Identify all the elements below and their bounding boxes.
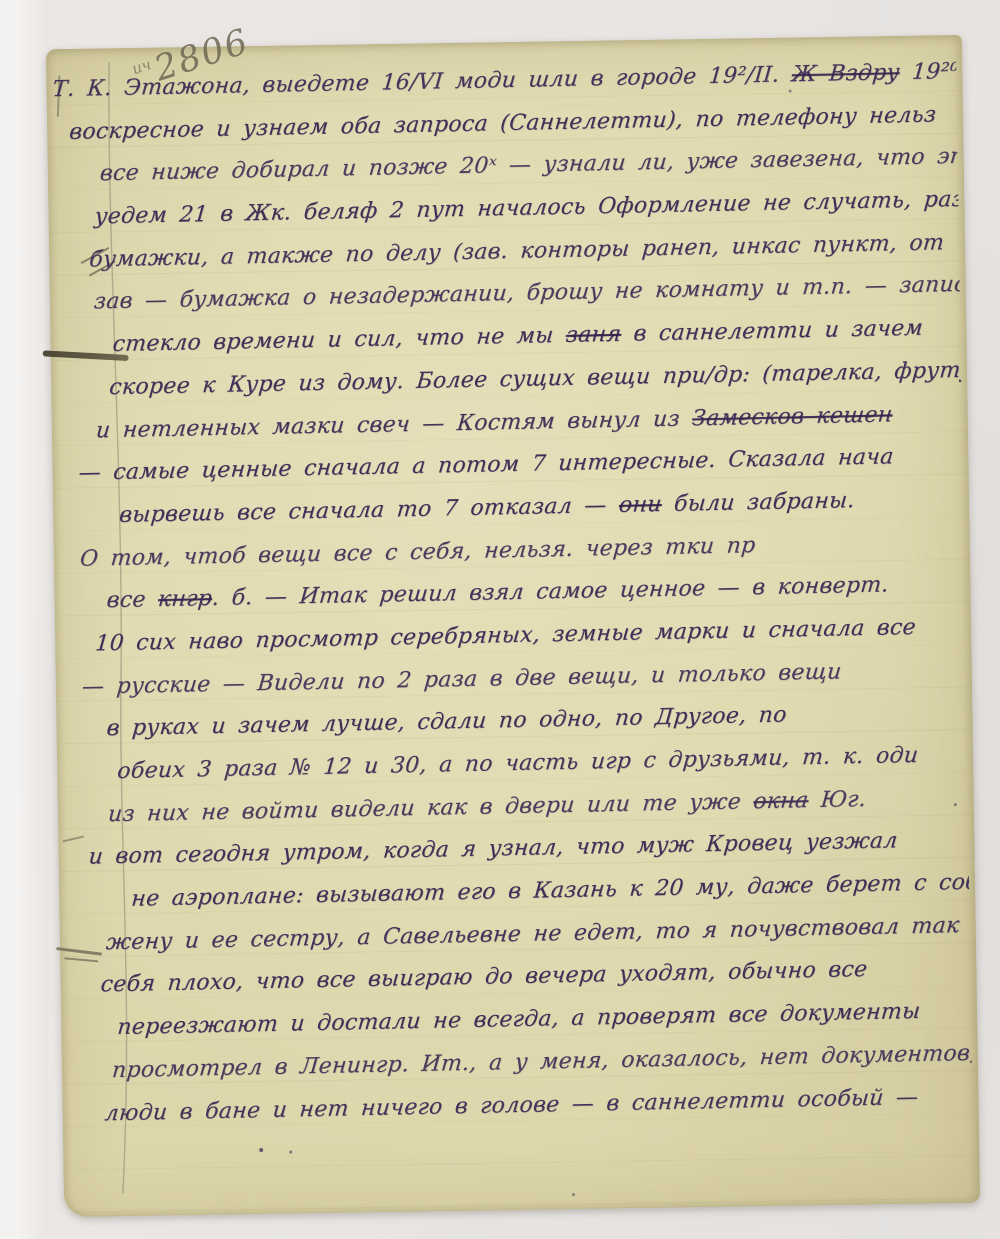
text-segment: в руках и зачем лучше, сдали по одно, по… bbox=[106, 703, 788, 742]
text-segment: все ниже добирал и позже 20ˣ — узнали ли… bbox=[99, 144, 974, 187]
struck-text: они bbox=[618, 492, 663, 518]
text-segment: Юг. bbox=[807, 787, 867, 813]
text-segment: 19²⁰ — Вло bbox=[899, 57, 975, 85]
text-segment: и вот сегодня утром, когда я узнал, что … bbox=[88, 829, 899, 870]
text-segment: — самые ценные сначала а потом 7 интерес… bbox=[78, 445, 895, 486]
struck-text: кнгр bbox=[157, 586, 213, 612]
text-segment: . б. — Итак решил взял самое ценное — в … bbox=[211, 573, 890, 612]
text-segment: обеих 3 раза № 12 и 30, а по часть игр с… bbox=[116, 743, 919, 784]
text-segment: не аэроплане: вызывают его в Казань к 20… bbox=[130, 869, 974, 912]
text-segment: переезжают и достали не всегда, а провер… bbox=[116, 999, 921, 1040]
text-segment: в саннелетти и зачем bbox=[620, 316, 924, 347]
text-segment: 10 сих наво просмотр серебряных, земные … bbox=[94, 615, 917, 657]
text-segment: — русские — Видели по 2 раза в две вещи,… bbox=[81, 659, 843, 699]
text-segment: из них не войти видели как в двери или т… bbox=[107, 789, 754, 827]
struck-text: Замесков кешен bbox=[691, 402, 893, 431]
struck-text: окна bbox=[752, 788, 809, 814]
text-segment: вырвешь все сначала то 7 отказал — bbox=[118, 493, 620, 528]
handwriting-text-block: Т. К. Этажона, выедете 16/VI моди шли в … bbox=[46, 55, 974, 1217]
text-segment: все bbox=[106, 587, 159, 613]
text-segment: Т. К. Этажона, выедете 16/VI моди шли в … bbox=[52, 62, 793, 102]
struck-text: Ж Вздру bbox=[791, 60, 901, 87]
text-segment: О том, чтоб вещи все с себя, нельзя. чер… bbox=[79, 533, 757, 572]
paper: ич2806 Т. К. Этажона, выедете 16/VI моди… bbox=[46, 35, 980, 1217]
scan-background: { "page": { "page_number_prefix": "ич", … bbox=[0, 0, 1000, 1239]
text-segment: стекло времени и сил, что не мы bbox=[112, 323, 567, 357]
text-segment: и нетленных мазки свеч — Костям вынул из bbox=[95, 406, 693, 443]
text-segment: себя плохо, что все выиграю до вечера ух… bbox=[100, 957, 869, 997]
text-segment: люди в бане и нет ничего в голове — в са… bbox=[104, 1084, 920, 1125]
text-segment: были забраны. bbox=[661, 488, 856, 517]
struck-text: заня bbox=[565, 322, 623, 348]
